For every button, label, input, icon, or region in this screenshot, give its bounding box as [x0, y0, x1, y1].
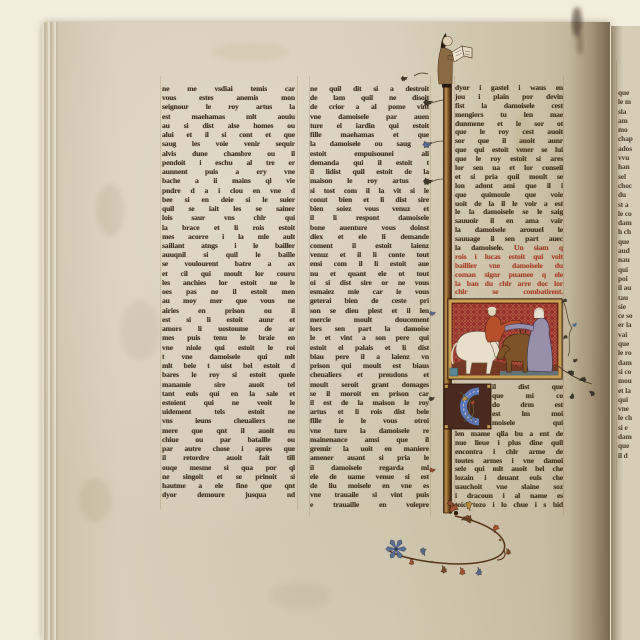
- text-line: le et vint a son pere qui: [310, 333, 429, 342]
- rubric-start-line: la damoisele. Un siam q: [455, 244, 563, 253]
- text-line: la ban du chlr arre doc lor: [455, 280, 563, 289]
- text-line: mere que qnt il auoit eu: [162, 426, 295, 435]
- text-line: chlr se combatirent.: [455, 288, 563, 297]
- text-line: auuqnil si quil le baille: [162, 250, 295, 259]
- text-line: biau pere il a laienz vn: [310, 352, 429, 361]
- text-line: que quimoule que voie: [455, 191, 563, 200]
- text-line: est si li estoit aunr et: [162, 315, 295, 324]
- text-line: manamie sire auoit tel: [162, 380, 295, 389]
- text-line: la brace et li rois estoit: [162, 223, 295, 232]
- rubric-red-part: Un siam q: [514, 244, 563, 252]
- text-line: chap: [618, 134, 640, 143]
- text-line: qui: [618, 395, 640, 404]
- gutter-shadow: [568, 22, 610, 640]
- text-line: maison le roy artus et: [310, 176, 429, 185]
- text-line: que: [618, 237, 640, 246]
- ruling-line: [430, 76, 431, 516]
- text-line: ne quil dit si a destroit: [310, 84, 429, 93]
- text-line: et la: [618, 386, 640, 395]
- text-line: le co: [618, 209, 640, 218]
- text-line: sel: [618, 172, 640, 181]
- rubric-black-part: la damoisele.: [455, 244, 504, 252]
- text-line: ensi com il li estoit aue: [310, 259, 429, 268]
- text-line: demanda qui il estoit t: [310, 158, 429, 167]
- text-line: amors li uostoume de ar: [162, 324, 295, 333]
- text-line: la damoisele arouuel le: [455, 226, 563, 235]
- text-line: sor que il auoit aunr: [455, 137, 563, 146]
- text-line: de liu moisele en vne es: [310, 481, 429, 490]
- text-line: seignour le roy artus la: [162, 102, 295, 111]
- text-line: nau: [618, 255, 640, 264]
- text-line: baillier vne damoisele du: [455, 262, 563, 271]
- text-line: mercie moult doucement: [310, 315, 429, 324]
- text-line: par autre chose i apres que: [162, 444, 295, 453]
- text-line: venuz et il li conte tout: [310, 250, 429, 259]
- text-line: geterai bien de ceste pri: [310, 296, 429, 305]
- text-line: pndre d a i clou en vne d: [162, 186, 295, 195]
- text-line: toic tozo i lo chue i s hid: [455, 501, 563, 510]
- text-line: dam: [618, 432, 640, 441]
- text-line: vne trauaile si vint puis: [310, 490, 429, 499]
- text-line: prison qui moult est biaus: [310, 361, 429, 370]
- text-line: do drm est: [492, 401, 563, 410]
- text-line: il dist que: [492, 383, 563, 392]
- text-line: de lam quil ne disoit: [310, 93, 429, 102]
- text-line: coman signr puamee q ele: [455, 271, 563, 280]
- text-line: er la: [618, 320, 640, 329]
- text-line: e trauaille en volepre: [310, 500, 429, 509]
- text-line: il est de la maison le roy: [310, 398, 429, 407]
- text-line: moult seroit grant domages: [310, 380, 429, 389]
- text-line: esmaiez mie car ie vous: [310, 287, 429, 296]
- text-line: gremir la uoit en maniere: [310, 444, 429, 453]
- text-line: estoit el palais et li dist: [310, 343, 429, 352]
- text-line: se voulourent batre a ax: [162, 259, 295, 268]
- text-line: se il moroit en prison car: [310, 389, 429, 398]
- text-line: les anchies lor estoit ne le: [162, 278, 295, 287]
- text-line: dam: [618, 218, 640, 227]
- text-line: de crior a al pome vint: [310, 102, 429, 111]
- text-line: estoient qui ne veoit le: [162, 398, 295, 407]
- text-line: aud: [618, 246, 640, 255]
- text-line: ne singoit et se prinoit si: [162, 472, 295, 481]
- text-line: oi si dist sire or ne vous: [310, 278, 429, 287]
- text-line: vns ieuns cheualiers ne: [162, 416, 295, 425]
- text-line: amener auant si pria le: [310, 453, 429, 462]
- text-line: est lm moi: [492, 410, 563, 419]
- text-line: lor sen ua et lor conseil: [455, 164, 563, 173]
- text-line: vvu: [618, 153, 640, 162]
- text-line: ados: [618, 144, 640, 153]
- text-line: que le roy cest auoit: [455, 128, 563, 137]
- text-line: il au: [618, 283, 640, 292]
- text-line: poi: [618, 274, 640, 283]
- text-line: fille ie le vous otroi: [310, 416, 429, 425]
- text-line: le la damoisele se le saig: [455, 208, 563, 217]
- text-line: encontra i chlr arme de: [455, 448, 563, 457]
- ruling-line: [297, 76, 298, 510]
- text-line: lozain i deuant euls che: [455, 474, 563, 483]
- text-line: bien soiez vous venuz et: [310, 204, 429, 213]
- text-line: mes acorre i la mle ault: [162, 232, 295, 241]
- text-line: si e: [618, 423, 640, 432]
- text-line: coment il estoit laienz: [310, 241, 429, 250]
- text-line: saug les voie venir sequir: [162, 139, 295, 148]
- text-line: dyor demoure jusqua nd: [162, 490, 295, 499]
- text-line: mou: [618, 376, 640, 385]
- text-line: fist la damoisele cest: [455, 102, 563, 111]
- text-line: bache a ii mains ql vie: [162, 176, 295, 185]
- rubric-lines: rois i lucas estoit qui voltbaillier vne…: [455, 253, 563, 297]
- text-line: rois i lucas estoit qui volt: [455, 253, 563, 262]
- text-line: uidement tels estoit ne: [162, 407, 295, 416]
- text-line: aunnent puis a ery vne: [162, 167, 295, 176]
- column3-lower-text: len mame qlia bu a ent denue lieue i plu…: [455, 430, 563, 510]
- text-line: saillant atngs i le bailler: [162, 241, 295, 250]
- text-line: ouqe mesme si qua por ql: [162, 463, 295, 472]
- ruling-line: [160, 76, 161, 510]
- text-line: que mi co: [492, 392, 563, 401]
- text-line: oes pas ne il estoit men: [162, 287, 295, 296]
- text-line: ce so: [618, 311, 640, 320]
- text-beside-initial: il dist queque mi codo drm estest lm moi…: [492, 383, 563, 427]
- text-line: moisele qui: [492, 419, 563, 428]
- text-line: sele qui mlt auoit bel che: [455, 465, 563, 474]
- text-column-3: dyor i gastel i waus enjou i plain por d…: [455, 84, 563, 510]
- text-line: et cil qui moult lor couru: [162, 269, 295, 278]
- text-line: ne me vsdiai temis car: [162, 84, 295, 93]
- text-line: lois saur vns chlr qui: [162, 213, 295, 222]
- text-line: len mame qlia bu a ent de: [455, 430, 563, 439]
- text-line: le ro: [618, 348, 640, 357]
- text-line: bee si en deie si le suier: [162, 195, 295, 204]
- text-line: du: [618, 190, 640, 199]
- text-line: quil se iait les se sainer: [162, 204, 295, 213]
- text-line: tant euls qui en la sale et: [162, 389, 295, 398]
- text-line: il li respont damoisele: [310, 213, 429, 222]
- text-line: bone auenture vous doinst: [310, 223, 429, 232]
- text-line: mainenance amsi que il: [310, 435, 429, 444]
- text-line: pendoit i eschu al tre er: [162, 158, 295, 167]
- text-line: conut bien et li dist sire: [310, 195, 429, 204]
- text-line: am: [618, 116, 640, 125]
- text-line: mlt bele t uist bel estoit d: [162, 361, 295, 370]
- text-line: bares le roy si estoit quele: [162, 370, 295, 379]
- text-line: il damoisele regarda ml: [310, 463, 429, 472]
- text-line: sla: [618, 107, 640, 116]
- ruling-line: [616, 60, 617, 480]
- text-line: il d: [618, 451, 640, 460]
- text-line: il lidist quil estoit de la: [310, 167, 429, 176]
- text-line: cheualiers et preudons et: [310, 370, 429, 379]
- text-line: que qui estoit vener se lui: [455, 146, 563, 155]
- text-line: artus et li rois dist bele: [310, 407, 429, 416]
- text-line: han: [618, 162, 640, 171]
- text-line: chiue ou par bataille ou: [162, 435, 295, 444]
- text-line: au si dist alse homes ou: [162, 121, 295, 130]
- text-line: diex et ele li demande: [310, 232, 429, 241]
- text-line: hautme a ele fine que qnt: [162, 481, 295, 490]
- text-column-1: ne me vsdiai temis carvous estes anemis …: [162, 84, 295, 500]
- text-line: choc: [618, 181, 640, 190]
- text-line: t vne damoisele qui mlt: [162, 352, 295, 361]
- text-line: que: [618, 88, 640, 97]
- text-line: si tost com il la vit si le: [310, 186, 429, 195]
- text-line: dyor i gastel i waus en: [455, 84, 563, 93]
- miniature-spacer: [455, 297, 563, 383]
- text-line: est maehamas mlt aouiu: [162, 112, 295, 121]
- text-line: alvis dune chambre ou il: [162, 149, 295, 158]
- text-line: sie: [618, 302, 640, 311]
- text-line: vous estes anemis mon: [162, 93, 295, 102]
- text-line: au moy mer que vous ne: [162, 296, 295, 305]
- text-line: mes puis tenu le braie en: [162, 333, 295, 342]
- text-line: son se dieu plest et il len: [310, 306, 429, 315]
- text-column-2: ne quil dit si a destroitde lam quil ne …: [310, 84, 429, 509]
- column3-upper-text: dyor i gastel i waus enjou i plain por d…: [455, 84, 563, 244]
- text-line: ture el iardin qui estoit: [310, 121, 429, 130]
- text-line: que: [618, 441, 640, 450]
- text-line: il retordre auoit fait till: [162, 453, 295, 462]
- text-line: jou i plain por devin: [455, 93, 563, 102]
- ruling-line: [563, 76, 564, 516]
- text-line: toutes armes i vne damoi: [455, 457, 563, 466]
- text-line: et si pria quil moult se: [455, 173, 563, 182]
- text-line: lon adont ami que il i: [455, 182, 563, 191]
- photograph-of-manuscript-opening: { "colors": { "backdrop": "#f3edde", "pa…: [0, 0, 640, 640]
- text-line: uauchoit vne slaine soz: [455, 483, 563, 492]
- text-line: tau: [618, 293, 640, 302]
- text-line: dunmene et le sor ot: [455, 120, 563, 129]
- text-line: le ch: [618, 413, 640, 422]
- text-line: vne ture la damoisele re: [310, 426, 429, 435]
- text-line: vai: [618, 330, 640, 339]
- text-line: sauuage il sen part auec: [455, 235, 563, 244]
- text-line: lors sen part la damoise: [310, 324, 429, 333]
- text-line: nu et quant ele ot tout: [310, 269, 429, 278]
- text-line: estoit empuisounei ali: [310, 149, 429, 158]
- text-line: le m: [618, 97, 640, 106]
- text-line: que le roy estoit si ares: [455, 155, 563, 164]
- text-line: ele de uame venue si est: [310, 472, 429, 481]
- text-line: mo: [618, 125, 640, 134]
- text-line: vne: [618, 404, 640, 413]
- text-line: uoit de la il le voir a est: [455, 200, 563, 209]
- text-line: airies en prison ou il: [162, 306, 295, 315]
- text-line: vne niole qui estoit le roi: [162, 343, 295, 352]
- text-line: la damoisele ou saug q: [310, 139, 429, 148]
- text-line: fille maehamas et que: [310, 130, 429, 139]
- text-line: dam: [618, 358, 640, 367]
- text-line: sauuoir il en ama vair: [455, 217, 563, 226]
- text-line: alui et il si cont et que: [162, 130, 295, 139]
- text-line: nue lieue i plus dine quil: [455, 439, 563, 448]
- text-line: qui: [618, 265, 640, 274]
- text-line: mengiers tu len mae: [455, 111, 563, 120]
- facing-page-text: quele mslaammochapadosvvuhanselchocdust …: [618, 88, 640, 460]
- text-line: h ch: [618, 227, 640, 236]
- text-line: i dracoun i al name es: [455, 492, 563, 501]
- text-line: st a: [618, 200, 640, 209]
- underlying-page-edges: [42, 22, 58, 640]
- text-line: vne damoisele par auen: [310, 112, 429, 121]
- text-line: que: [618, 339, 640, 348]
- text-line: si co: [618, 367, 640, 376]
